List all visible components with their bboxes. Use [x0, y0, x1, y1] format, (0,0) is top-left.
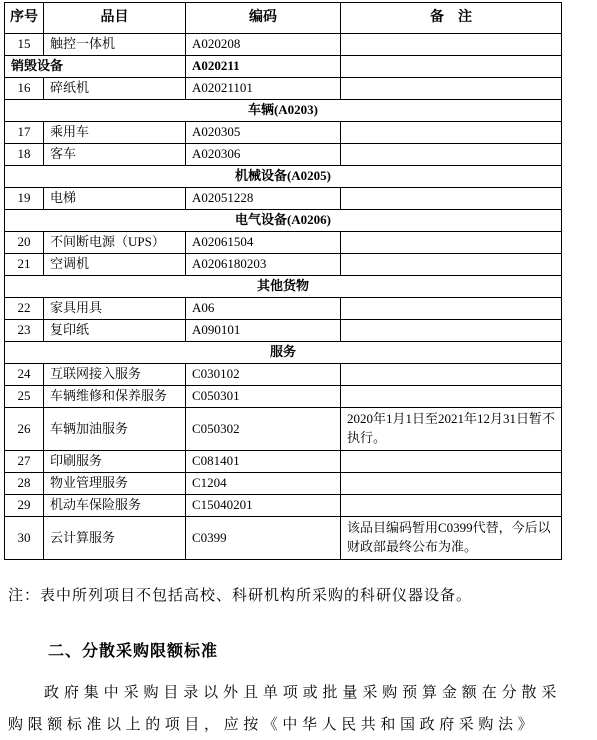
- item-code: C1204: [186, 473, 341, 495]
- item-row: 18客车A020306: [5, 144, 562, 166]
- item-name: 家具用具: [44, 298, 186, 320]
- item-name: 碎纸机: [44, 78, 186, 100]
- group-name: 销毁设备: [5, 56, 186, 78]
- item-serial: 30: [5, 517, 44, 560]
- table-note: 注：表中所列项目不包括高校、科研机构所采购的科研仪器设备。: [8, 586, 597, 606]
- item-serial: 27: [5, 451, 44, 473]
- item-code: C15040201: [186, 495, 341, 517]
- item-name: 物业管理服务: [44, 473, 186, 495]
- column-header-serial: 序号: [5, 3, 44, 34]
- item-remark: [341, 78, 562, 100]
- item-remark: [341, 320, 562, 342]
- item-remark: [341, 144, 562, 166]
- item-name: 印刷服务: [44, 451, 186, 473]
- item-row: 17乘用车A020305: [5, 122, 562, 144]
- item-serial: 15: [5, 34, 44, 56]
- item-remark: [341, 495, 562, 517]
- item-serial: 19: [5, 188, 44, 210]
- section-heading: 二、分散采购限额标准: [48, 638, 597, 661]
- item-serial: 21: [5, 254, 44, 276]
- item-name: 复印纸: [44, 320, 186, 342]
- item-row: 20不间断电源（UPS）A02061504: [5, 232, 562, 254]
- document-page: 序号 品目 编码 备 注 15触控一体机A020208销毁设备A02021116…: [0, 0, 597, 740]
- section-title: 其他货物: [5, 276, 562, 298]
- item-code: C050301: [186, 386, 341, 408]
- item-serial: 26: [5, 408, 44, 451]
- item-code: A02051228: [186, 188, 341, 210]
- item-name: 车辆加油服务: [44, 408, 186, 451]
- item-remark: [341, 254, 562, 276]
- item-code: A020306: [186, 144, 341, 166]
- item-code: C050302: [186, 408, 341, 451]
- item-remark: [341, 386, 562, 408]
- table-body: 15触控一体机A020208销毁设备A02021116碎纸机A02021101车…: [5, 34, 562, 560]
- item-name: 乘用车: [44, 122, 186, 144]
- item-name: 车辆维修和保养服务: [44, 386, 186, 408]
- item-code: A090101: [186, 320, 341, 342]
- section-title: 电气设备(A0206): [5, 210, 562, 232]
- item-row: 28物业管理服务C1204: [5, 473, 562, 495]
- item-remark: 2020年1月1日至2021年12月31日暂不执行。: [341, 408, 562, 451]
- table-header-row: 序号 品目 编码 备 注: [5, 3, 562, 34]
- item-code: A020208: [186, 34, 341, 56]
- item-remark: [341, 473, 562, 495]
- section-row: 电气设备(A0206): [5, 210, 562, 232]
- item-row: 16碎纸机A02021101: [5, 78, 562, 100]
- item-serial: 29: [5, 495, 44, 517]
- item-name: 机动车保险服务: [44, 495, 186, 517]
- section-row: 服务: [5, 342, 562, 364]
- item-name: 云计算服务: [44, 517, 186, 560]
- group-code: A020211: [186, 56, 341, 78]
- column-header-item: 品目: [44, 3, 186, 34]
- item-remark: [341, 34, 562, 56]
- section-row: 车辆(A0203): [5, 100, 562, 122]
- group-row: 销毁设备A020211: [5, 56, 562, 78]
- item-row: 24互联网接入服务C030102: [5, 364, 562, 386]
- item-row: 15触控一体机A020208: [5, 34, 562, 56]
- item-remark: [341, 188, 562, 210]
- item-remark: [341, 122, 562, 144]
- item-name: 空调机: [44, 254, 186, 276]
- item-row: 21空调机A0206180203: [5, 254, 562, 276]
- item-serial: 25: [5, 386, 44, 408]
- body-paragraph: 政府集中采购目录以外且单项或批量采购预算金额在分散采购限额标准以上的项目，应按《…: [8, 677, 561, 740]
- item-row: 22家具用具A06: [5, 298, 562, 320]
- item-row: 30云计算服务C0399该品目编码暂用C0399代替，今后以财政部最终公布为准。: [5, 517, 562, 560]
- item-remark: 该品目编码暂用C0399代替，今后以财政部最终公布为准。: [341, 517, 562, 560]
- item-row: 23复印纸A090101: [5, 320, 562, 342]
- item-serial: 23: [5, 320, 44, 342]
- item-code: A02021101: [186, 78, 341, 100]
- group-remark: [341, 56, 562, 78]
- section-title: 车辆(A0203): [5, 100, 562, 122]
- item-code: A02061504: [186, 232, 341, 254]
- item-code: C030102: [186, 364, 341, 386]
- column-header-code: 编码: [186, 3, 341, 34]
- item-row: 25车辆维修和保养服务C050301: [5, 386, 562, 408]
- item-name: 互联网接入服务: [44, 364, 186, 386]
- item-code: C081401: [186, 451, 341, 473]
- item-name: 触控一体机: [44, 34, 186, 56]
- column-header-remark: 备 注: [341, 3, 562, 34]
- item-serial: 24: [5, 364, 44, 386]
- item-code: A06: [186, 298, 341, 320]
- section-row: 机械设备(A0205): [5, 166, 562, 188]
- item-code: C0399: [186, 517, 341, 560]
- section-title: 服务: [5, 342, 562, 364]
- item-serial: 28: [5, 473, 44, 495]
- item-name: 电梯: [44, 188, 186, 210]
- item-serial: 18: [5, 144, 44, 166]
- item-name: 不间断电源（UPS）: [44, 232, 186, 254]
- item-code: A020305: [186, 122, 341, 144]
- item-serial: 20: [5, 232, 44, 254]
- item-name: 客车: [44, 144, 186, 166]
- item-remark: [341, 298, 562, 320]
- section-title: 机械设备(A0205): [5, 166, 562, 188]
- item-serial: 17: [5, 122, 44, 144]
- item-row: 27印刷服务C081401: [5, 451, 562, 473]
- item-row: 29机动车保险服务C15040201: [5, 495, 562, 517]
- item-remark: [341, 451, 562, 473]
- item-row: 26车辆加油服务C0503022020年1月1日至2021年12月31日暂不执行…: [5, 408, 562, 451]
- item-serial: 16: [5, 78, 44, 100]
- item-serial: 22: [5, 298, 44, 320]
- section-row: 其他货物: [5, 276, 562, 298]
- item-row: 19电梯A02051228: [5, 188, 562, 210]
- item-code: A0206180203: [186, 254, 341, 276]
- item-remark: [341, 232, 562, 254]
- item-remark: [341, 364, 562, 386]
- procurement-catalog-table: 序号 品目 编码 备 注 15触控一体机A020208销毁设备A02021116…: [4, 2, 562, 560]
